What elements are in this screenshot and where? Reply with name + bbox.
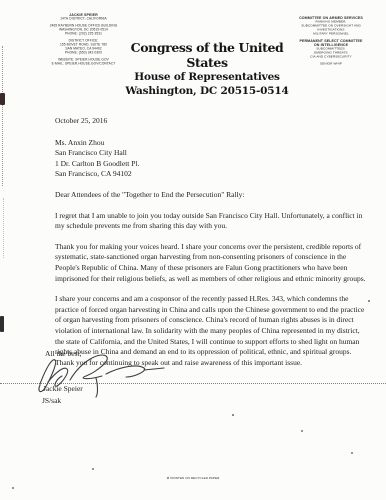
scan-speck — [368, 300, 370, 302]
recycled-paper-note: ♻ PRINTED ON RECYCLED PAPER — [139, 477, 247, 481]
scan-speck — [92, 468, 94, 470]
committee-2-header: PERMANENT SELECT COMMITTEE ON INTELLIGEN… — [279, 39, 383, 47]
committee-1-details: RANKING MEMBER, SUBCOMMITTEE ON OVERSIGH… — [279, 20, 383, 36]
masthead-title: Congress of the United States — [118, 40, 296, 70]
typed-signature-name: Jackie Speier — [43, 384, 83, 393]
masthead-subtitle: House of Representatives — [118, 70, 296, 84]
scanned-letter-page: JACKIE SPEIER 14TH DISTRICT, CALIFORNIA … — [0, 0, 386, 500]
recycle-icon: ♻ — [167, 477, 170, 480]
committee-2-details: SUBCOMMITTEES: EMERGING THREATS CIA AND … — [279, 47, 383, 59]
scan-artifact-dotted-edge — [3, 198, 4, 258]
committee-note: SENIOR WHIP — [279, 62, 383, 66]
letterhead-committees-block: COMMITTEE ON ARMED SERVICES RANKING MEMB… — [279, 16, 383, 66]
scan-artifact-blot — [0, 316, 4, 332]
washington-office-address: 2465 RAYBURN HOUSE OFFICE BUILDING WASHI… — [30, 24, 137, 36]
scan-speck — [301, 430, 303, 432]
scan-speck — [232, 414, 234, 416]
paragraph-2: Thank you for making your voices heard. … — [55, 242, 366, 284]
reference-initials: JS/sak — [42, 396, 61, 405]
paragraph-1: I regret that I am unable to join you to… — [55, 211, 366, 232]
letter-date: October 25, 2016 — [55, 116, 366, 127]
scan-speck — [12, 487, 14, 489]
masthead-address: Washington, DC 20515-0514 — [118, 84, 296, 99]
letterhead-masthead: Congress of the United States House of R… — [118, 40, 296, 99]
scan-speck — [351, 452, 353, 454]
salutation: Dear Attendees of the "Together to End t… — [55, 190, 366, 201]
letter-body: October 25, 2016 Ms. Anxin Zhou San Fran… — [55, 116, 366, 378]
scan-artifact-dotted-edge — [2, 46, 3, 186]
recipient-address: Ms. Anxin Zhou San Francisco City Hall 1… — [55, 138, 366, 180]
scan-artifact-blot — [0, 93, 5, 105]
